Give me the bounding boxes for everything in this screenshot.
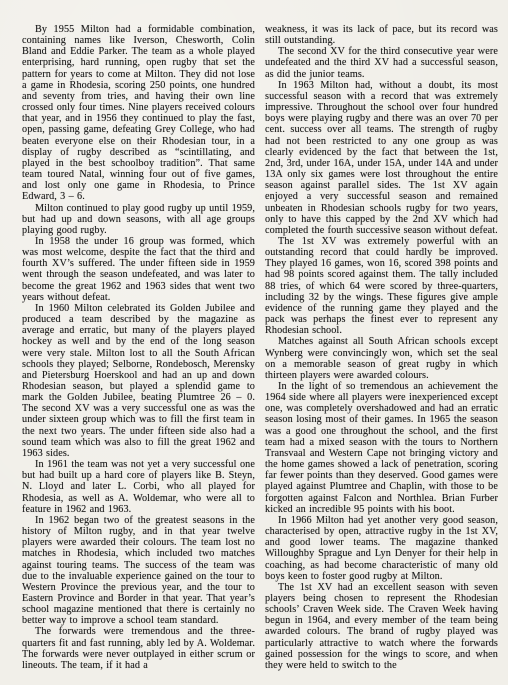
paragraph: The forwards were tremendous and the thr…	[22, 626, 255, 671]
paragraph: In 1961 the team was not yet a very succ…	[22, 459, 255, 515]
paragraph: In 1963 Milton had, without a doubt, its…	[265, 80, 498, 236]
paragraph: In the light of so tremendous an achieve…	[265, 381, 498, 515]
paragraph: The second XV for the third consecutive …	[265, 46, 498, 79]
paragraph: In 1960 Milton celebrated its Golden Jub…	[22, 303, 255, 459]
paragraph: Matches against all South African school…	[265, 336, 498, 381]
paragraph: weakness, it was its lack of pace, but i…	[265, 24, 498, 46]
text-column-left: By 1955 Milton had a formidable combinat…	[22, 24, 255, 677]
paragraph: The 1st XV had an excellent season with …	[265, 582, 498, 671]
paragraph: The 1st XV was extremely powerful with a…	[265, 236, 498, 336]
paragraph: In 1966 Milton had yet another very good…	[265, 515, 498, 582]
paragraph: In 1962 began two of the greatest season…	[22, 515, 255, 627]
paragraph: By 1955 Milton had a formidable combinat…	[22, 24, 255, 203]
document-page: By 1955 Milton had a formidable combinat…	[0, 0, 508, 685]
paragraph: In 1958 the under 16 group was formed, w…	[22, 236, 255, 303]
paragraph: Milton continued to play good rugby up u…	[22, 203, 255, 236]
text-column-right: weakness, it was its lack of pace, but i…	[265, 24, 498, 677]
